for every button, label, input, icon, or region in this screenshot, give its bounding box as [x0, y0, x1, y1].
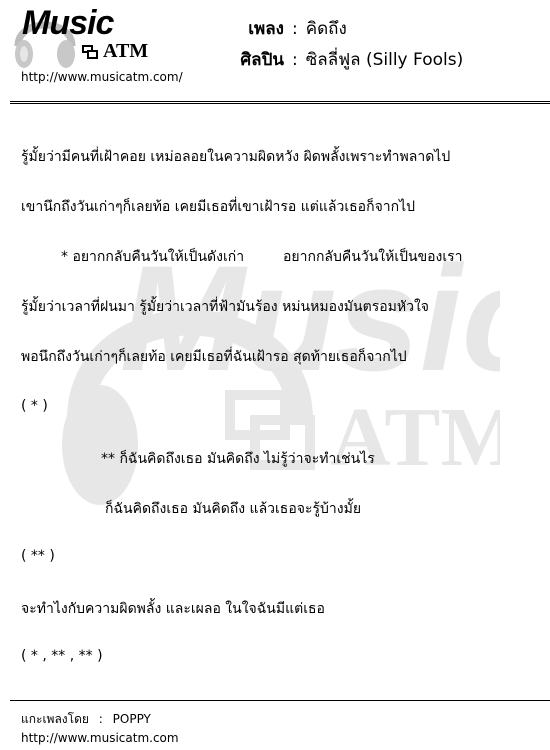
windows-icon: [82, 45, 98, 59]
footer-url-link[interactable]: http://www.musicatm.com: [21, 731, 179, 745]
logo-atm: ATM: [82, 40, 148, 63]
footer-divider: [10, 700, 550, 701]
watermark-logo: Music ATM: [40, 250, 500, 510]
svg-text:ATM: ATM: [330, 391, 500, 484]
transcribed-by-label: แกะเพลงโดย: [21, 712, 89, 726]
chorus-ref: ( * ): [21, 398, 48, 414]
chorus-ref: ( * , ** , ** ): [21, 648, 103, 664]
lyric-line: พอนึกถึงวันเก่าๆก็เลยท้อ เคยมีเธอที่ฉันเ…: [21, 346, 407, 368]
separator: :: [99, 712, 103, 726]
transcribed-by-row: แกะเพลงโดย : POPPY: [21, 710, 179, 729]
lyric-line: ** ก็ฉันคิดถึงเธอ มันคิดถึง ไม่รู้ว่าจะท…: [101, 448, 375, 470]
site-logo[interactable]: Music ATM: [10, 4, 190, 74]
chorus-ref: ( ** ): [21, 548, 55, 564]
artist-label: ศิลปิน: [226, 45, 284, 76]
artist-row: ศิลปิน : ซิลลี่ฟูล (Silly Fools): [226, 45, 463, 76]
lyric-line: เขานึกถึงวันเก่าๆก็เลยท้อ เคยมีเธอที่เขา…: [21, 196, 415, 218]
lyric-line: ก็ฉันคิดถึงเธอ มันคิดถึง แล้วเธอจะรู้บ้า…: [105, 498, 361, 520]
transcriber-name: POPPY: [113, 712, 151, 726]
song-title-row: เพลง : คิดถึง: [226, 14, 463, 45]
svg-text:Music: Music: [120, 250, 500, 402]
lyric-line: * อยากกลับคืนวันให้เป็นดังเก่า: [61, 246, 244, 268]
header-divider: [10, 101, 550, 104]
lyric-line: รู้มั้ยว่ามีคนที่เฝ้าคอย เหม่อลอยในความผ…: [21, 146, 450, 168]
separator: :: [292, 45, 298, 76]
song-meta: เพลง : คิดถึง ศิลปิน : ซิลลี่ฟูล (Silly …: [226, 14, 463, 76]
logo-atm-text: ATM: [103, 40, 148, 63]
lyric-line: รู้มั้ยว่าเวลาที่ฝนมา รู้มั้ยว่าเวลาที่ฟ…: [21, 296, 429, 318]
song-label: เพลง: [226, 14, 284, 45]
song-title: คิดถึง: [306, 14, 347, 45]
separator: :: [292, 14, 298, 45]
artist-name: ซิลลี่ฟูล (Silly Fools): [306, 45, 463, 76]
lyric-line: จะทำไงกับความผิดพลั้ง และเผลอ ในใจฉันมีแ…: [21, 598, 325, 620]
logo-music-text: Music: [22, 4, 113, 43]
lyric-line: อยากกลับคืนวันให้เป็นของเรา: [283, 246, 463, 268]
footer: แกะเพลงโดย : POPPY http://www.musicatm.c…: [21, 710, 179, 748]
site-url-link[interactable]: http://www.musicatm.com/: [21, 70, 183, 84]
